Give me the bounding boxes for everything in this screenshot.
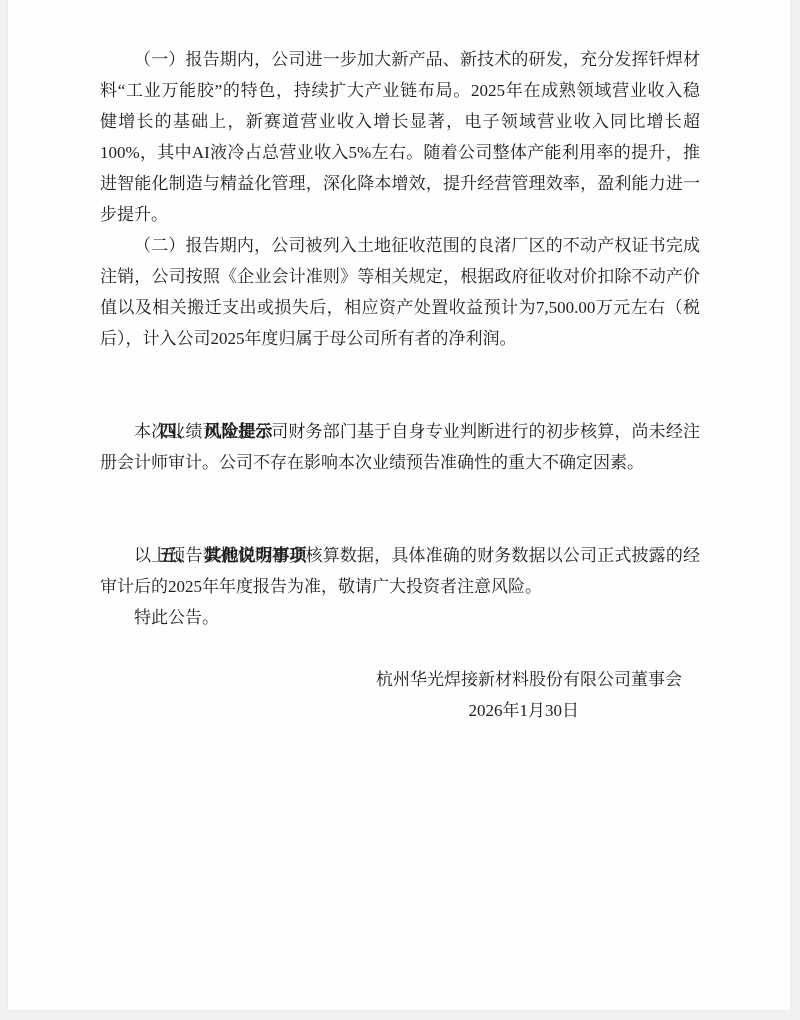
section-5-heading: 五、其他说明事项 [100, 509, 700, 540]
section-4-line: 本次业绩预计是公司财务部门基于自身专业判断进行的初步核算，尚未经注 [100, 416, 700, 447]
signature-date: 2026年1月30日 [100, 695, 700, 726]
para-2-line: 值以及相关搬迁支出或损失后，相应资产处置收益预计为7,500.00万元左右（税 [100, 292, 700, 323]
para-2-line: 后），计入公司2025年度归属于母公司所有者的净利润。 [100, 323, 700, 354]
section-4-heading: 四、风险提示 [100, 385, 700, 416]
signature-company: 杭州华光焊接新材料股份有限公司董事会 [100, 664, 700, 695]
para-1-line: 健增长的基础上，新赛道营业收入增长显著，电子领域营业收入同比增长超 [100, 106, 700, 137]
closing-statement: 特此公告。 [100, 602, 700, 633]
section-5-line: 以上预告数据仅为初步核算数据，具体准确的财务数据以公司正式披露的经 [100, 540, 700, 571]
para-1-line: 进智能化制造与精益化管理，深化降本增效，提升经营管理效率，盈利能力进一 [100, 168, 700, 199]
para-1-line: 料“工业万能胶”的特色，持续扩大产业链布局。2025年在成熟领域营业收入稳 [100, 75, 700, 106]
para-1-line: 步提升。 [100, 199, 700, 230]
para-1-line: （一）报告期内，公司进一步加大新产品、新技术的研发，充分发挥钎焊材 [100, 44, 700, 75]
para-1-line: 100%，其中AI液冷占总营业收入5%左右。随着公司整体产能利用率的提升，推 [100, 137, 700, 168]
document-page: （一）报告期内，公司进一步加大新产品、新技术的研发，充分发挥钎焊材 料“工业万能… [8, 0, 790, 1010]
section-5-line: 审计后的2025年年度报告为准，敬请广大投资者注意风险。 [100, 571, 700, 602]
para-2-line: 注销，公司按照《企业会计准则》等相关规定，根据政府征收对价扣除不动产价 [100, 261, 700, 292]
section-4-line: 册会计师审计。公司不存在影响本次业绩预告准确性的重大不确定因素。 [100, 447, 700, 478]
para-2-line: （二）报告期内，公司被列入土地征收范围的良渚厂区的不动产权证书完成 [100, 230, 700, 261]
document-content: （一）报告期内，公司进一步加大新产品、新技术的研发，充分发挥钎焊材 料“工业万能… [100, 44, 700, 726]
